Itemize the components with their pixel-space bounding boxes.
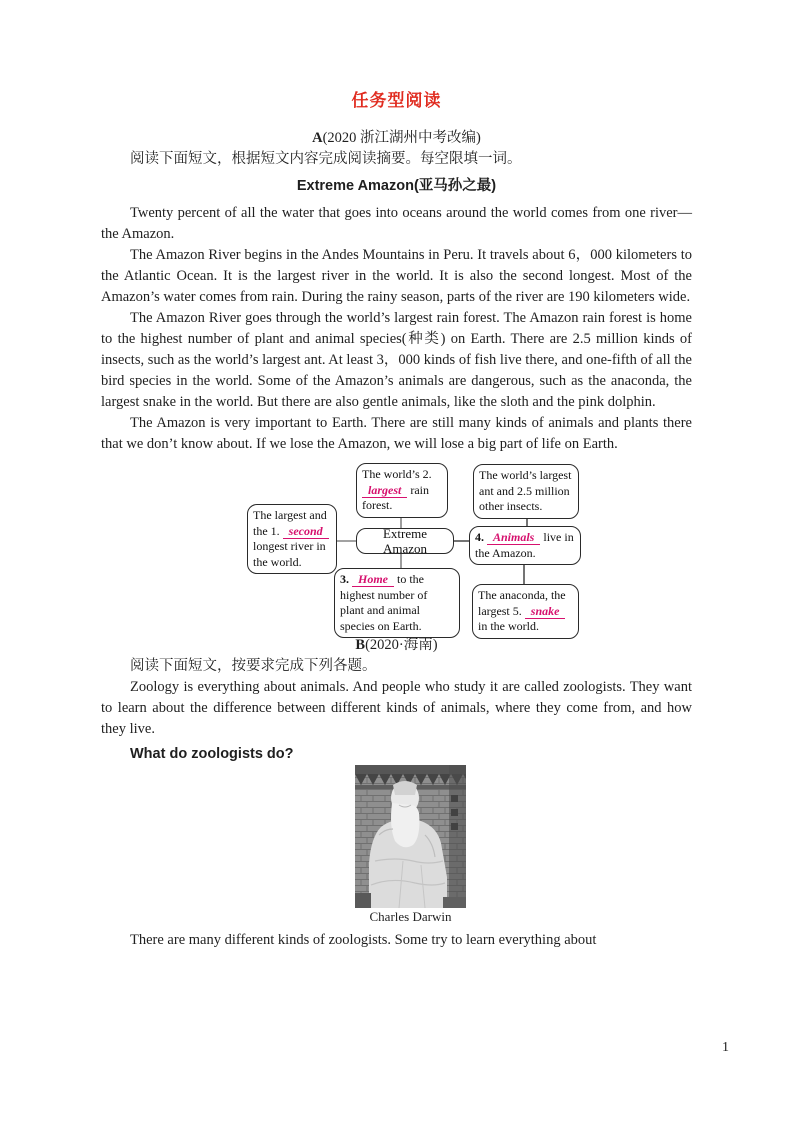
section-b-instruction: 阅读下面短文，按要求完成下列各题。: [101, 656, 692, 677]
concept-box-animals: 4. Animals live in the Amazon.: [469, 526, 581, 565]
darwin-statue-photo: [355, 765, 466, 908]
box-animals-num: 4.: [475, 530, 484, 544]
question-heading: What do zoologists do?: [101, 744, 692, 765]
passage-title: Extreme Amazon(亚马孙之最): [101, 176, 692, 197]
box-forest-pre: The world’s 2.: [362, 467, 432, 481]
answer-2-blank: largest: [362, 483, 407, 498]
passage-title-en: Extreme Amazon: [297, 178, 414, 194]
section-b-source: (2020·海南): [365, 637, 438, 653]
section-a-source: (2020 浙江湖州中考改编): [323, 130, 481, 146]
page-number: 1: [722, 1040, 729, 1056]
page-content: 任务型阅读 A(2020 浙江湖州中考改编) 阅读下面短文，根据短文内容完成阅读…: [0, 0, 793, 1122]
paragraph-a4: The Amazon is very important to Earth. T…: [101, 413, 692, 455]
center-node-label: Extreme Amazon: [361, 526, 449, 557]
section-a-header: A(2020 浙江湖州中考改编): [101, 128, 692, 149]
paragraph-b1: Zoology is everything about animals. And…: [101, 677, 692, 740]
concept-box-center: Extreme Amazon: [356, 528, 454, 554]
passage-title-zh: (亚马孙之最): [414, 178, 496, 194]
concept-box-river: The largest and the 1. second longest ri…: [247, 504, 337, 574]
concept-map: The largest and the 1. second longest ri…: [101, 457, 692, 635]
concept-box-forest: The world’s 2. largest rain forest.: [356, 463, 448, 518]
box-home-num: 3.: [340, 572, 349, 586]
box-anaconda-post: in the world.: [478, 619, 539, 633]
box-river-post: longest river in the world.: [253, 539, 326, 569]
page-title: 任务型阅读: [101, 90, 692, 112]
document-page: 任务型阅读 A(2020 浙江湖州中考改编) 阅读下面短文，根据短文内容完成阅读…: [0, 0, 793, 1122]
section-b-label: B: [355, 637, 365, 653]
concept-box-home: 3. Home to the highest number of plant a…: [334, 568, 460, 638]
darwin-photo-figure: Charles Darwin: [355, 765, 466, 926]
answer-5-blank: snake: [525, 604, 566, 619]
paragraph-a3: The Amazon River goes through the world’…: [101, 308, 692, 413]
section-b-header: B(2020·海南): [101, 635, 692, 656]
answer-4-blank: Animals: [487, 530, 540, 545]
photo-caption: Charles Darwin: [355, 908, 466, 926]
paragraph-a1: Twenty percent of all the water that goe…: [101, 203, 692, 245]
paragraph-b2: There are many different kinds of zoolog…: [101, 930, 692, 951]
section-a-instruction: 阅读下面短文，根据短文内容完成阅读摘要。每空限填一词。: [101, 149, 692, 170]
answer-3-blank: Home: [352, 572, 394, 587]
concept-box-anaconda: The anaconda, the largest 5. snake in th…: [472, 584, 579, 639]
paragraph-a2: The Amazon River begins in the Andes Mou…: [101, 245, 692, 308]
answer-1-blank: second: [283, 524, 329, 539]
box-insects-text: The world’s largest ant and 2.5 million …: [479, 468, 571, 513]
section-a-label: A: [312, 130, 322, 146]
concept-box-insects: The world’s largest ant and 2.5 million …: [473, 464, 579, 519]
